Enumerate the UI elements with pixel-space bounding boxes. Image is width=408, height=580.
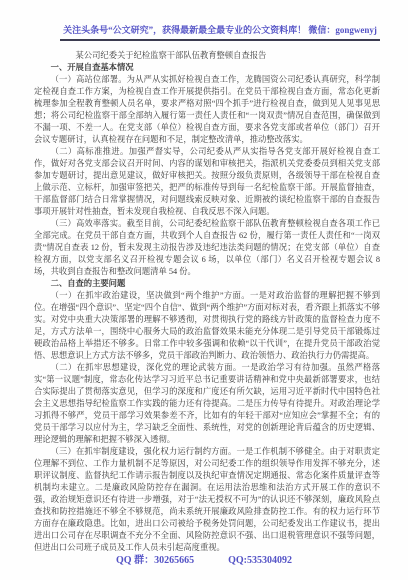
document-title: 某公司纪委关于纪检监察干部队伍教育整顿自查报告 xyxy=(34,50,380,62)
qq-group-text: QQ 群：30265665 xyxy=(116,555,194,566)
header-banner: 关注头条号“公文研究”，获得最新最全最专业的公文资料库！ 微信：gongweny… xyxy=(60,24,380,41)
paragraph-1-3: （三）高效率落实。截至目前，公司纪委纪检监察干部队伍教育整顿检视自查各项工作已全… xyxy=(34,218,380,278)
paragraph-2-3: （三）在抓牢制度建设，强化权力运行制约方面。一是工作机制不够健全。由于对职责定位… xyxy=(34,446,380,554)
section-heading-1: 一、开展自查基本情况 xyxy=(34,62,380,74)
paragraph-1-1: （一）高站位部署。为从严从实抓好检视自查工作，龙腾国资公司纪委认真研究，科学制定… xyxy=(34,74,380,146)
header-banner-text: 关注头条号“公文研究”，获得最新最全最专业的公文资料库！ 微信：gongweny… xyxy=(63,25,377,35)
paragraph-2-1: （一）在抓牢政治建设，坚决做到“两个维护”方面。一是对政治监督的理解把握不够到位… xyxy=(34,290,380,362)
paragraph-2-2: （二）在抓牢思想建设，深化党的理论武装方面。一是政治学习有待加强。虽然严格落实“… xyxy=(34,362,380,446)
section-heading-2: 二、自查的主要问题 xyxy=(34,278,380,290)
qq-number-text: QQ:535304092 xyxy=(228,555,292,566)
footer-contact: QQ 群：30265665QQ:535304092 xyxy=(0,551,408,566)
document-body: 某公司纪委关于纪检监察干部队伍教育整顿自查报告 一、开展自查基本情况 （一）高站… xyxy=(34,50,380,554)
paragraph-1-2: （二）高标准推进。加强严督实导，公司纪委从严从实指导各党支部开展好检视自查工作，… xyxy=(34,146,380,218)
document-page: 关注头条号“公文研究”，获得最新最全最专业的公文资料库！ 微信：gongweny… xyxy=(0,0,408,580)
